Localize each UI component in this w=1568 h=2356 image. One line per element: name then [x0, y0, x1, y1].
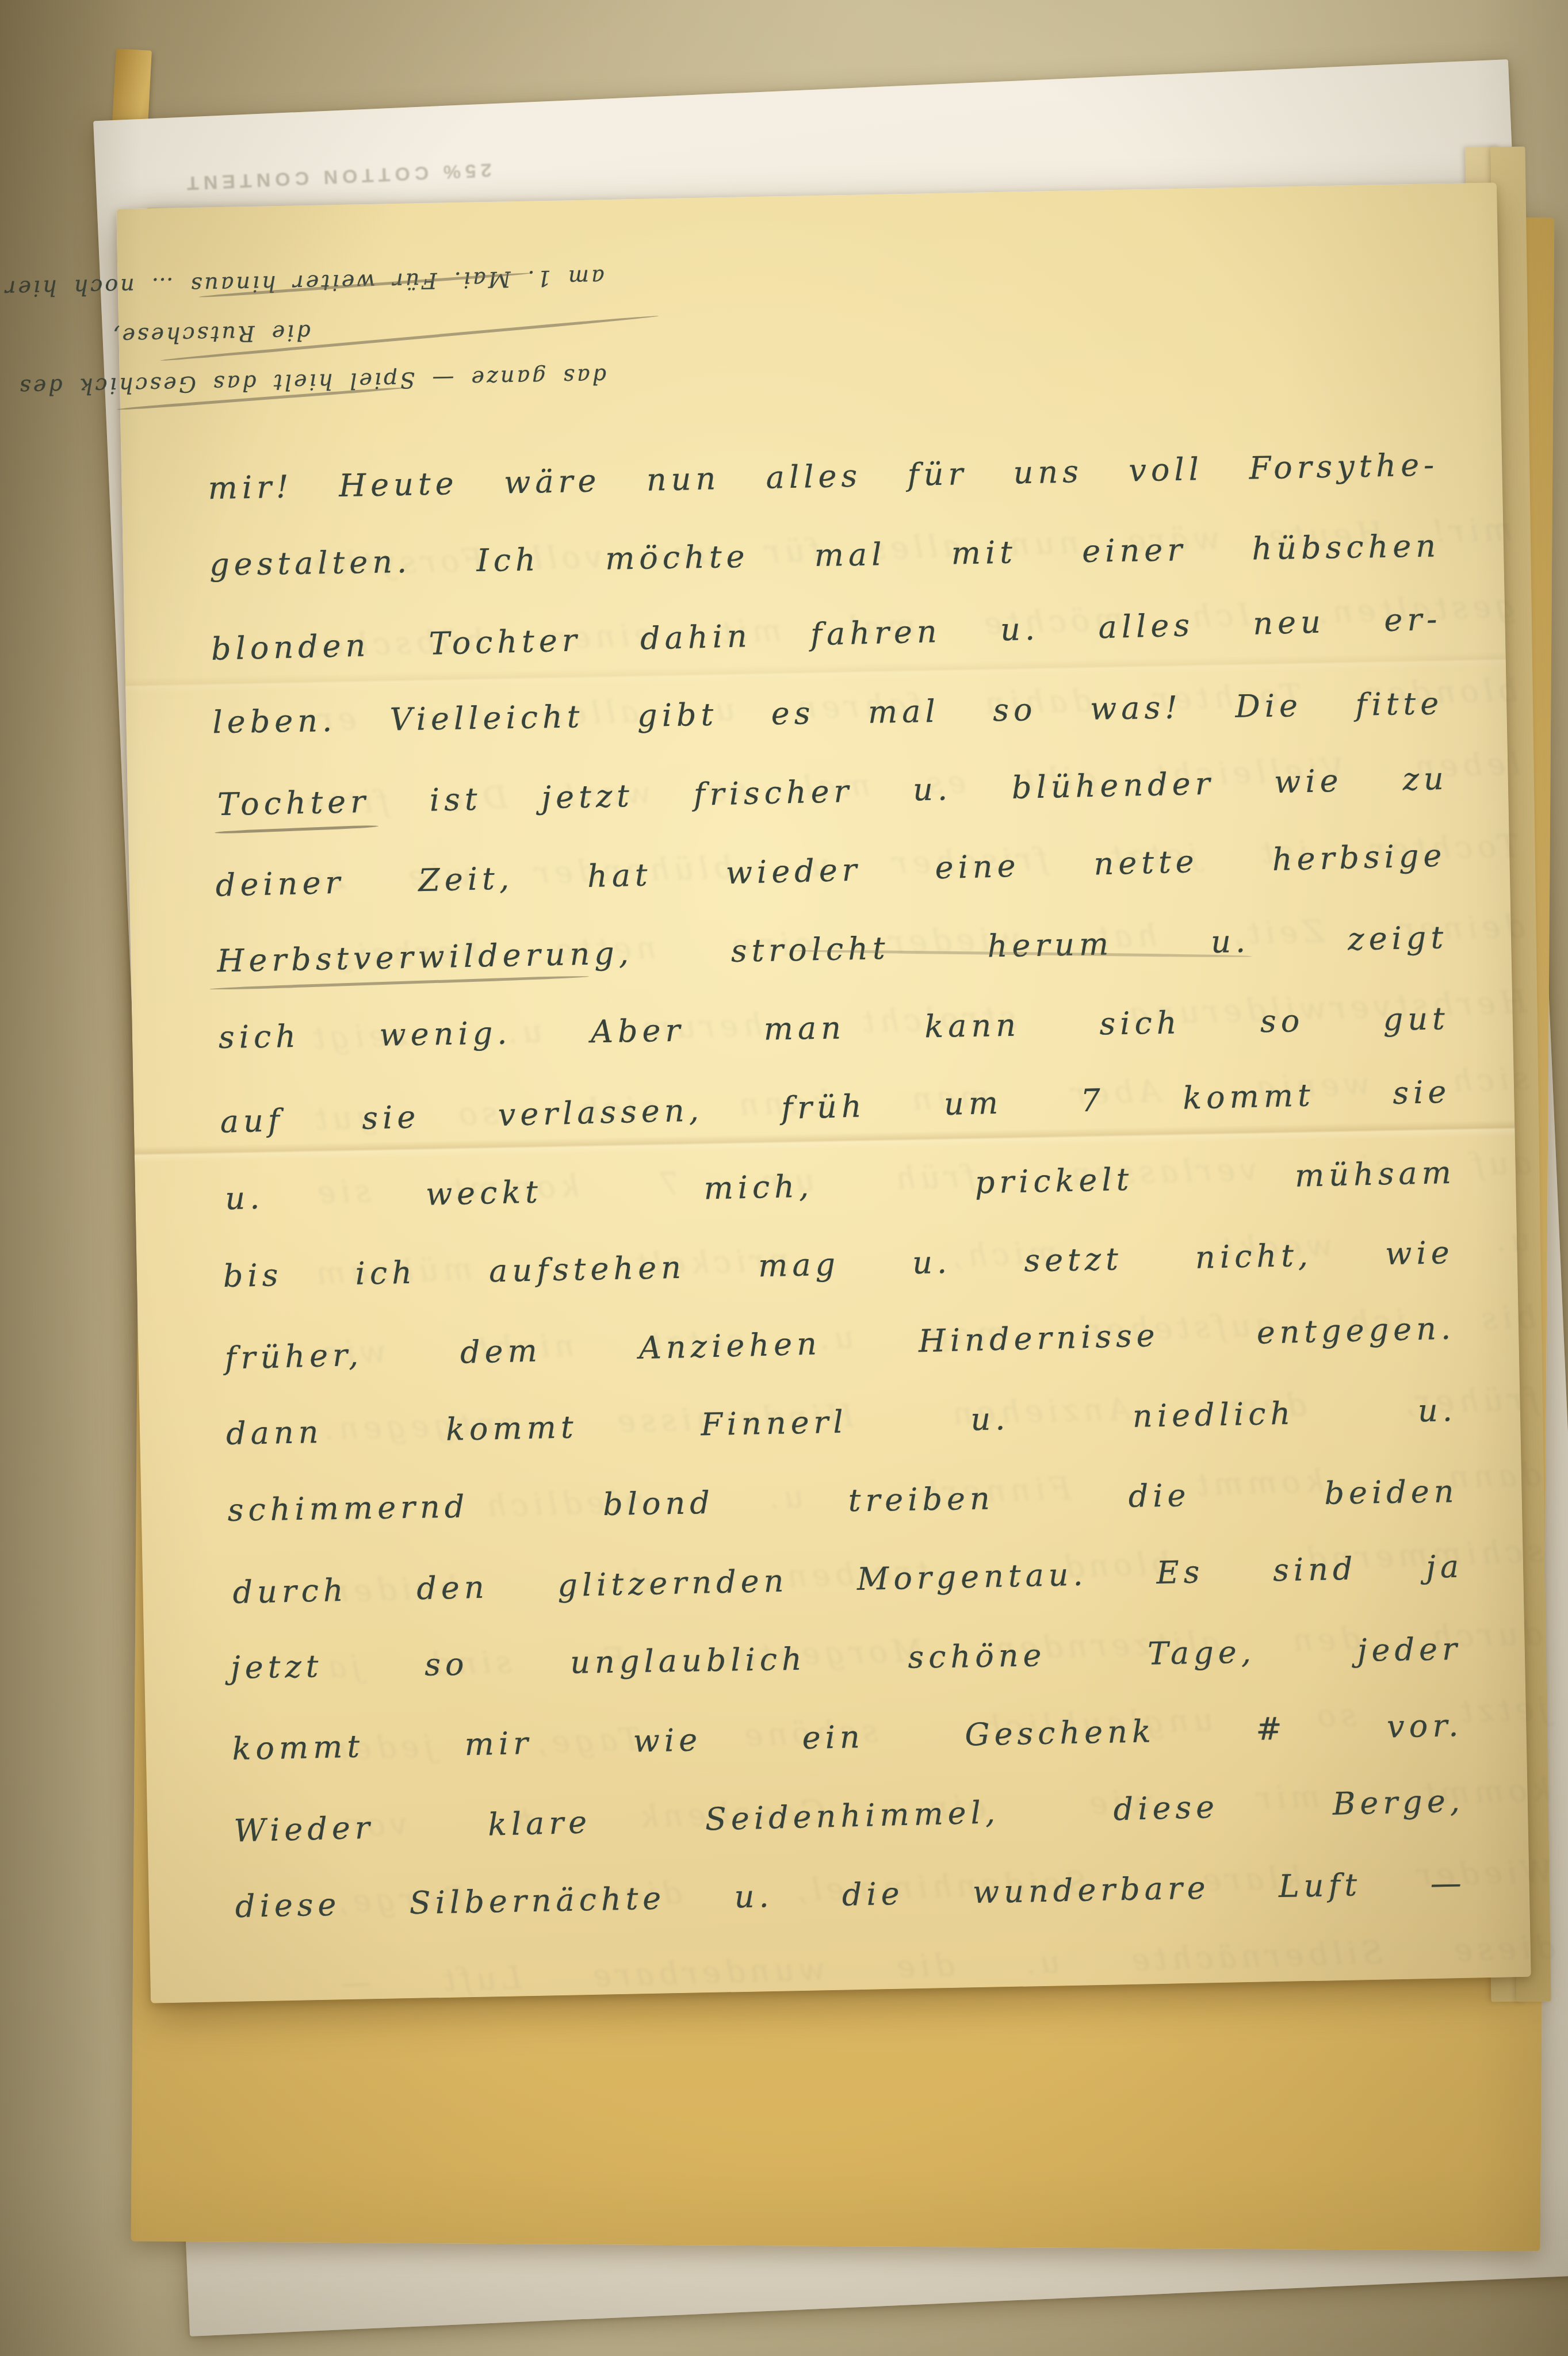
photo-of-handwritten-letter: 25% COTTON CONTENT mir! Heute wäre nun a…: [0, 0, 1568, 2356]
inverted-line: am 1. Mai. Für weiter hinaus … noch hier…: [109, 253, 605, 311]
inverted-line: die Rutschese,: [110, 302, 606, 361]
paper-watermark: 25% COTTON CONTENT: [182, 158, 492, 194]
inverted-line: das ganze — Spiel hielt das Geschick des…: [111, 351, 606, 410]
letter-page: mir! Heute wäre nun alles für uns voll F…: [116, 182, 1531, 2003]
letter-body: mir! Heute wäre nun alles für uns voll F…: [207, 425, 1467, 1946]
inverted-postscript: das ganze — Spiel hielt das Geschick des…: [109, 253, 607, 410]
